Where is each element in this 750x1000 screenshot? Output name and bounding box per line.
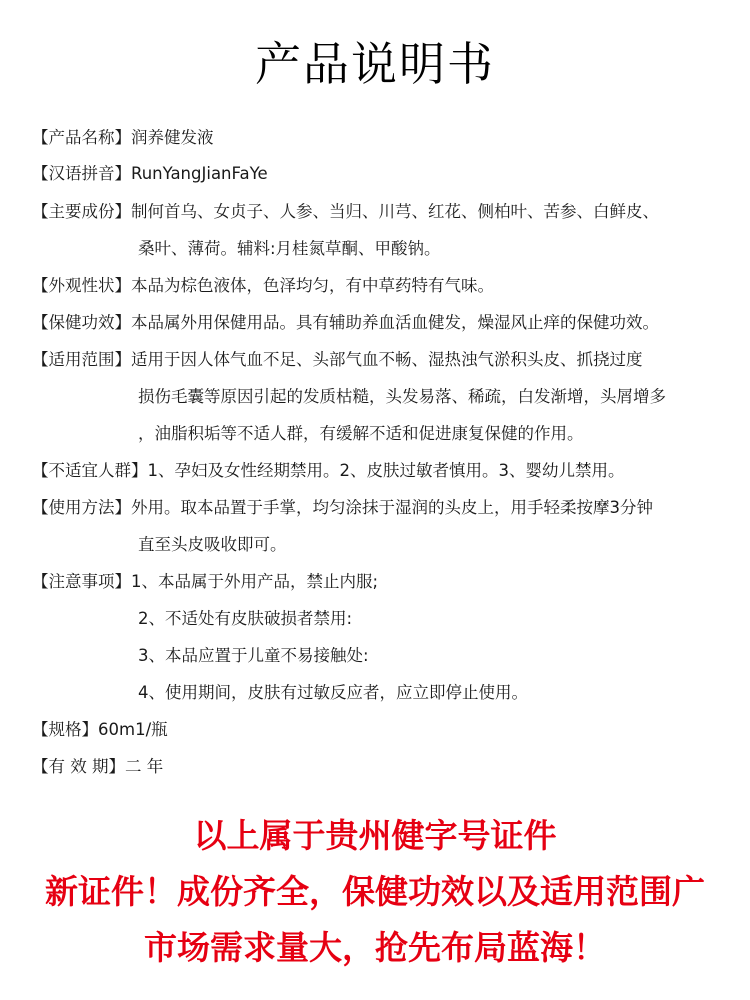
section-continuation: 损伤毛囊等原因引起的发质枯糙，头发易落、稀疏，白发渐增，头屑增多 (138, 378, 666, 415)
section-continuation: 3、本品应置于儿童不易接触处: (138, 637, 369, 674)
promo-line: 以上属于贵州健字号证件 (0, 810, 750, 857)
section-value: 制何首乌、女贞子、人参、当归、川芎、红花、侧柏叶、苦参、白鲜皮、 (131, 193, 659, 230)
section-scope: 【适用范围】适用于因人体气血不足、头部气血不畅、湿热浊气淤积头皮、抓挠过度 (32, 341, 643, 378)
section-spec: 【规格】60m1/瓶 (32, 711, 168, 748)
section-value: 外用。取本品置于手掌，均匀涂抹于湿润的头皮上，用手轻柔按摩3分钟 (131, 489, 653, 526)
section-label: 【注意事项】 (32, 563, 131, 600)
section-value: 1、本品属于外用产品，禁止内服; (131, 563, 378, 600)
section-continuation: 4、使用期间，皮肤有过敏反应者，应立即停止使用。 (138, 674, 528, 711)
section-value: 60m1/瓶 (98, 711, 168, 748)
section-value: 本品为棕色液体，色泽均匀，有中草药特有气味。 (131, 267, 494, 304)
promo-line: 新证件！成份齐全，保健功效以及适用范围广 (0, 866, 750, 913)
section-label: 【规格】 (32, 711, 98, 748)
section-continuation: ，油脂积垢等不适人群，有缓解不适和促进康复保健的作用。 (138, 415, 584, 452)
section-label: 【汉语拼音】 (32, 155, 131, 192)
section-value: 本品属外用保健用品。具有辅助养血活血健发，燥湿风止痒的保健功效。 (131, 304, 659, 341)
section-value: 润养健发液 (131, 119, 214, 156)
section-value: 二 年 (125, 748, 163, 785)
section-label: 【主要成份】 (32, 193, 131, 230)
section-continuation: 直至头皮吸收即可。 (138, 526, 287, 563)
section-label: 【产品名称】 (32, 119, 131, 156)
section-product-name: 【产品名称】润养健发液 (32, 119, 214, 156)
section-validity: 【有 效 期】二 年 (32, 748, 163, 785)
page-title: 产品说明书 (0, 28, 750, 94)
section-label: 【适用范围】 (32, 341, 131, 378)
section-continuation: 桑叶、薄荷。辅料:月桂氮草酮、甲酸钠。 (138, 230, 441, 267)
promo-line: 市场需求量大，抢先布局蓝海！ (0, 922, 750, 969)
section-notes: 【注意事项】1、本品属于外用产品，禁止内服; (32, 563, 378, 600)
section-usage: 【使用方法】外用。取本品置于手掌，均匀涂抹于湿润的头皮上，用手轻柔按摩3分钟 (32, 489, 653, 526)
section-label: 【不适宜人群】 (32, 452, 148, 489)
section-function: 【保健功效】本品属外用保健用品。具有辅助养血活血健发，燥湿风止痒的保健功效。 (32, 304, 659, 341)
section-pinyin: 【汉语拼音】RunYangJianFaYe (32, 155, 268, 192)
section-label: 【外观性状】 (32, 267, 131, 304)
section-appearance: 【外观性状】本品为棕色液体，色泽均匀，有中草药特有气味。 (32, 267, 494, 304)
section-label: 【使用方法】 (32, 489, 131, 526)
section-value: 适用于因人体气血不足、头部气血不畅、湿热浊气淤积头皮、抓挠过度 (131, 341, 643, 378)
section-value: 1、孕妇及女性经期禁用。2、皮肤过敏者慎用。3、婴幼儿禁用。 (148, 452, 625, 489)
section-continuation: 2、不适处有皮肤破损者禁用: (138, 600, 352, 637)
section-ingredients: 【主要成份】制何首乌、女贞子、人参、当归、川芎、红花、侧柏叶、苦参、白鲜皮、 (32, 193, 659, 230)
section-label: 【有 效 期】 (32, 748, 125, 785)
section-label: 【保健功效】 (32, 304, 131, 341)
section-unsuitable: 【不适宜人群】1、孕妇及女性经期禁用。2、皮肤过敏者慎用。3、婴幼儿禁用。 (32, 452, 625, 489)
section-value: RunYangJianFaYe (131, 155, 268, 192)
